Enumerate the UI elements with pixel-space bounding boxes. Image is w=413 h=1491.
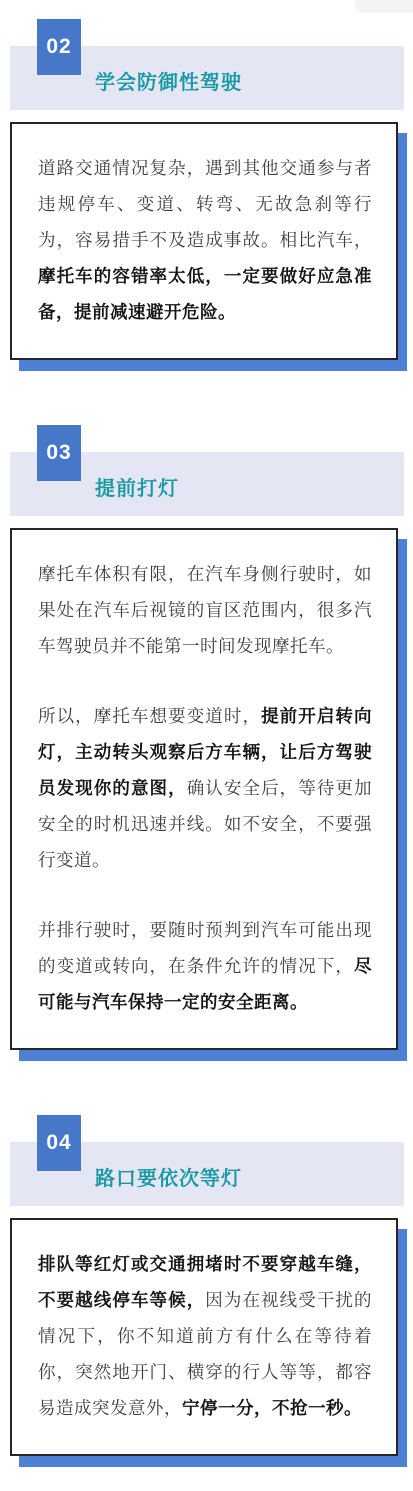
body-text: 摩托车体积有限，在汽车身侧行驶时，如果处在汽车后视镜的盲区范围内，很多汽车驾驶员…	[38, 564, 372, 656]
section-title: 学会防御性驾驶	[95, 48, 242, 112]
tip-section: 03 提前打灯 摩托车体积有限，在汽车身侧行驶时，如果处在汽车后视镜的盲区范围内…	[10, 452, 404, 1050]
tip-section: 04 路口要依次等灯 排队等红灯或交通拥堵时不要穿越车缝，不要越线停车等候，因为…	[10, 1142, 404, 1456]
body-text: 所以，摩托车想要变道时，	[38, 706, 261, 726]
body-text: 道路交通情况复杂，遇到其他交通参与者违规停车、变道、转弯、无故急刹等行为，容易措…	[38, 158, 372, 250]
tip-paragraph: 道路交通情况复杂，遇到其他交通参与者违规停车、变道、转弯、无故急刹等行为，容易措…	[38, 150, 372, 330]
section-header: 03 提前打灯	[10, 452, 404, 516]
section-number-badge: 03	[37, 425, 81, 481]
tip-paragraph: 排队等红灯或交通拥堵时不要穿越车缝，不要越线停车等候，因为在视线受干扰的情况下，…	[38, 1246, 372, 1426]
section-number: 02	[46, 35, 71, 59]
body-text: 并排行驶时，要随时预判到汽车可能出现的变道或转向，在条件允许的情况下，	[38, 920, 372, 976]
article-page: 02 学会防御性驾驶 道路交通情况复杂，遇到其他交通参与者违规停车、变道、转弯、…	[0, 0, 413, 1491]
tip-paragraph: 摩托车体积有限，在汽车身侧行驶时，如果处在汽车后视镜的盲区范围内，很多汽车驾驶员…	[38, 556, 372, 664]
tip-card: 排队等红灯或交通拥堵时不要穿越车缝，不要越线停车等候，因为在视线受干扰的情况下，…	[10, 1218, 398, 1456]
emphasis-text: 摩托车的容错率太低，一定要做好应急准备，提前减速避开危险。	[38, 266, 372, 322]
tip-card: 道路交通情况复杂，遇到其他交通参与者违规停车、变道、转弯、无故急刹等行为，容易措…	[10, 122, 398, 360]
section-title: 路口要依次等灯	[95, 1144, 242, 1208]
tip-section: 02 学会防御性驾驶 道路交通情况复杂，遇到其他交通参与者违规停车、变道、转弯、…	[10, 46, 404, 360]
section-header: 02 学会防御性驾驶	[10, 46, 404, 110]
section-header: 04 路口要依次等灯	[10, 1142, 404, 1206]
section-number: 03	[46, 441, 71, 465]
section-number-badge: 02	[37, 19, 81, 75]
emphasis-text: 宁停一分，不抢一秒。	[182, 1398, 362, 1418]
section-number: 04	[46, 1131, 71, 1155]
section-number-badge: 04	[37, 1115, 81, 1171]
tip-sections: 02 学会防御性驾驶 道路交通情况复杂，遇到其他交通参与者违规停车、变道、转弯、…	[0, 0, 413, 1456]
section-title: 提前打灯	[95, 454, 179, 518]
corner-artifact	[355, 0, 413, 13]
tip-paragraph: 所以，摩托车想要变道时，提前开启转向灯，主动转头观察后方车辆，让后方驾驶员发现你…	[38, 698, 372, 878]
tip-card: 摩托车体积有限，在汽车身侧行驶时，如果处在汽车后视镜的盲区范围内，很多汽车驾驶员…	[10, 528, 398, 1050]
tip-paragraph: 并排行驶时，要随时预判到汽车可能出现的变道或转向，在条件允许的情况下，尽可能与汽…	[38, 912, 372, 1020]
